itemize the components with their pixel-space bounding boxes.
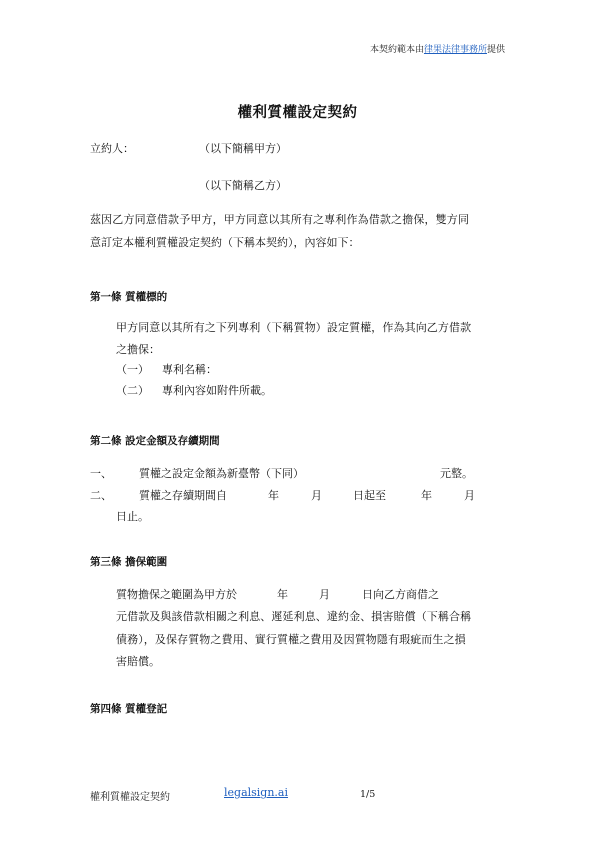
article-1-item-1-text: 專利名稱： bbox=[162, 360, 217, 380]
article-2-item-1-text: 質權之設定金額為新臺幣（下同） bbox=[139, 464, 304, 484]
article-2-item-1-marker: 一、 bbox=[90, 464, 112, 484]
article-4-heading: 第四條 質權登記 bbox=[90, 701, 167, 716]
document-title: 權利質權設定契約 bbox=[0, 101, 595, 122]
header-note-suffix: 提供 bbox=[487, 45, 505, 55]
article-2-date-year-2: 年 bbox=[421, 486, 432, 506]
party-b-alias: （以下簡稱乙方） bbox=[199, 176, 287, 196]
article-1-item-2-text: 專利內容如附件所載。 bbox=[162, 381, 272, 401]
article-3-date-day: 日向乙方商借之 bbox=[362, 585, 439, 605]
article-3-date-year: 年 bbox=[277, 585, 288, 605]
article-2-date-year-1: 年 bbox=[268, 486, 279, 506]
header-provider-note: 本契約範本由律果法律事務所提供 bbox=[370, 42, 505, 55]
footer-doc-title: 權利質權設定契約 bbox=[90, 788, 170, 803]
article-1-line-1: 甲方同意以其所有之下列專利（下稱質物）設定質權，作為其向乙方借款 bbox=[116, 318, 471, 338]
article-1-heading: 第一條 質權標的 bbox=[90, 289, 167, 304]
article-3-line-4: 害賠償。 bbox=[116, 652, 160, 672]
article-2-heading: 第二條 設定金額及存續期間 bbox=[90, 433, 220, 448]
preamble-line-2: 意訂定本權利質權設定契約（下稱本契約），內容如下： bbox=[90, 233, 360, 253]
article-2-item-2-continuation: 日止。 bbox=[116, 507, 149, 527]
footer-page-number: 1/5 bbox=[360, 789, 375, 800]
article-3-line-2: 元借款及與該借款相關之利息、遲延利息、違約金、損害賠償（下稱合稱 bbox=[116, 607, 471, 627]
article-2-item-1-tail: 元整。 bbox=[440, 464, 473, 484]
article-2-item-2-text: 質權之存續期間自 bbox=[139, 486, 227, 506]
parties-label: 立約人： bbox=[90, 139, 134, 159]
article-1-item-1-marker: （一） bbox=[116, 360, 149, 380]
party-a-alias: （以下簡稱甲方） bbox=[199, 139, 287, 159]
article-2-date-month-1: 月 bbox=[311, 486, 322, 506]
article-2-date-day-from: 日起至 bbox=[353, 486, 386, 506]
preamble-line-1: 茲因乙方同意借款予甲方，甲方同意以其所有之專利作為借款之擔保，雙方同 bbox=[90, 210, 469, 230]
article-2-item-2-marker: 二、 bbox=[90, 486, 112, 506]
article-2-date-month-2: 月 bbox=[464, 486, 475, 506]
article-1-item-2-marker: （二） bbox=[116, 381, 149, 401]
law-firm-link[interactable]: 律果法律事務所 bbox=[424, 45, 487, 55]
header-note-prefix: 本契約範本由 bbox=[370, 45, 424, 55]
article-3-line-1-prefix: 質物擔保之範圍為甲方於 bbox=[116, 585, 237, 605]
article-3-date-month: 月 bbox=[319, 585, 330, 605]
footer-site-link[interactable]: legalsign.ai bbox=[224, 786, 288, 799]
article-3-heading: 第三條 擔保範圍 bbox=[90, 554, 167, 569]
article-1-line-2: 之擔保： bbox=[116, 340, 160, 360]
article-3-line-3: 債務），及保存質物之費用、實行質權之費用及因質物隱有瑕疵而生之損 bbox=[116, 630, 466, 650]
